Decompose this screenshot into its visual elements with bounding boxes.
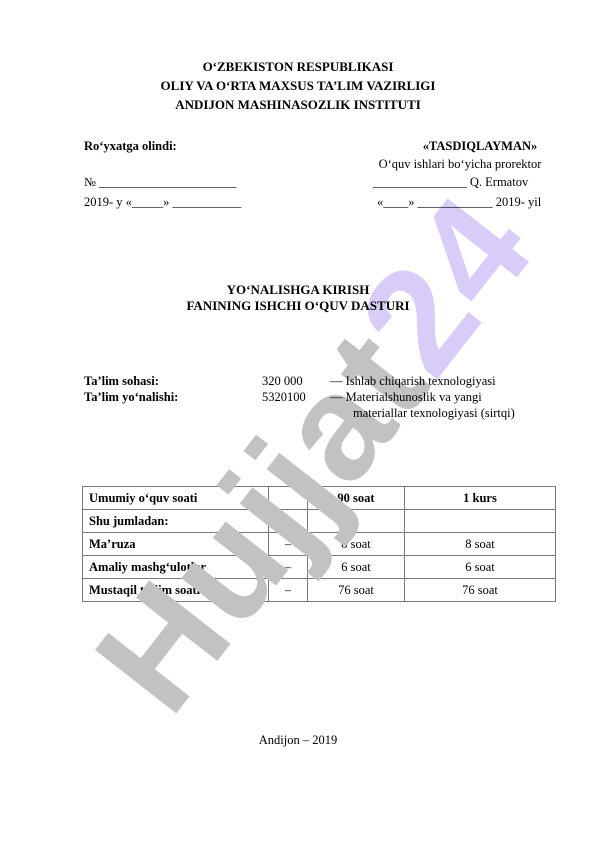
- document-title-line2: FANINING ISHCHI O‘QUV DASTURI: [0, 296, 596, 315]
- row-course-hours: 76 soat: [405, 579, 556, 602]
- approval-signature-line: _______________ Q. Ermatov: [373, 175, 528, 190]
- row-label: Mustaqil ta’lim soati: [83, 579, 269, 602]
- education-field-label: Ta’lim sohasi:: [84, 374, 159, 389]
- registration-title: Ro‘yxatga olindi:: [84, 139, 177, 154]
- table-row: Umumiy o‘quv soati90 soat1 kurs: [83, 487, 556, 510]
- header-ministry: OLIY VA O‘RTA MAXSUS TA’LIM VAZIRLIGI: [0, 76, 596, 95]
- row-dash: –: [269, 556, 308, 579]
- table-row: Amaliy mashg‘ulotlar–6 soat6 soat: [83, 556, 556, 579]
- row-label: Umumiy o‘quv soati: [83, 487, 269, 510]
- row-dash: –: [269, 533, 308, 556]
- row-course-hours: [405, 510, 556, 533]
- education-direction-name-line2: materiallar texnologiyasi (sirtqi): [353, 406, 515, 421]
- row-hours: 90 soat: [308, 487, 405, 510]
- row-hours: 6 soat: [308, 556, 405, 579]
- hours-table: Umumiy o‘quv soati90 soat1 kursShu jumla…: [82, 486, 556, 602]
- row-dash: [269, 510, 308, 533]
- education-direction-code: 5320100: [262, 390, 306, 405]
- approval-title: «TASDIQLAYMAN»: [380, 139, 580, 154]
- registration-number-line: № ______________________: [84, 175, 237, 190]
- header-republic: O‘ZBEKISTON RESPUBLIKASI: [0, 57, 596, 76]
- approval-date-line: «____» ____________ 2019- yil: [377, 195, 541, 210]
- row-course-hours: 8 soat: [405, 533, 556, 556]
- row-dash: –: [269, 579, 308, 602]
- row-hours: 8 soat: [308, 533, 405, 556]
- approval-position: O‘quv ishlari bo‘yicha prorektor: [355, 157, 565, 172]
- education-field-code: 320 000: [262, 374, 303, 389]
- table-row: Mustaqil ta’lim soati–76 soat76 soat: [83, 579, 556, 602]
- header-institute: ANDIJON MASHINASOZLIK INSTITUTI: [0, 95, 596, 114]
- education-field-name: — Ishlab chiqarish texnologiyasi: [330, 374, 496, 389]
- row-label: Shu jumladan:: [83, 510, 269, 533]
- registration-date-line: 2019- y «_____» ___________: [84, 195, 241, 210]
- row-dash: [269, 487, 308, 510]
- row-label: Amaliy mashg‘ulotlar: [83, 556, 269, 579]
- table-row: Ma’ruza–8 soat8 soat: [83, 533, 556, 556]
- row-course-hours: 6 soat: [405, 556, 556, 579]
- row-course-hours: 1 kurs: [405, 487, 556, 510]
- row-hours: 76 soat: [308, 579, 405, 602]
- row-hours: [308, 510, 405, 533]
- row-label: Ma’ruza: [83, 533, 269, 556]
- footer-place-year: Andijon – 2019: [0, 733, 596, 748]
- education-direction-name-line1: — Materialshunoslik va yangi: [330, 390, 482, 405]
- education-direction-label: Ta’lim yo‘nalishi:: [84, 390, 178, 405]
- watermark: Hujjat24: [66, 151, 574, 738]
- table-row: Shu jumladan:: [83, 510, 556, 533]
